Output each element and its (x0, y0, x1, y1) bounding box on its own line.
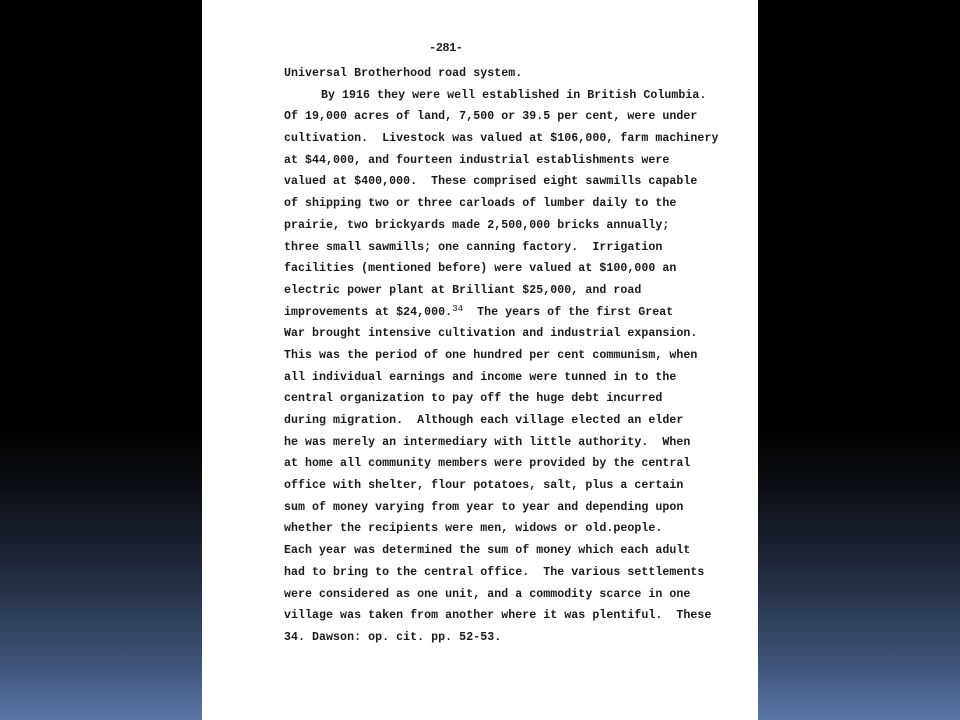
text-line: at home all community members were provi… (284, 453, 744, 475)
text-line: all individual earnings and income were … (284, 367, 744, 389)
text-segment: improvements at $24,000. (284, 306, 452, 319)
text-line: village was taken from another where it … (284, 605, 744, 627)
text-line: valued at $400,000. These comprised eigh… (284, 171, 744, 193)
text-line: he was merely an intermediary with littl… (284, 432, 744, 454)
text-line: facilities (mentioned before) were value… (284, 258, 744, 280)
text-line: By 1916 they were well established in Br… (284, 85, 744, 107)
text-segment: The years of the first Great (463, 306, 673, 319)
body-text: Universal Brotherhood road system. By 19… (284, 63, 744, 649)
text-line: sum of money varying from year to year a… (284, 497, 744, 519)
text-line: had to bring to the central office. The … (284, 562, 744, 584)
text-line: office with shelter, flour potatoes, sal… (284, 475, 744, 497)
text-line: of shipping two or three carloads of lum… (284, 193, 744, 215)
footnote-reference: 34 (452, 304, 463, 314)
footnote: 34. Dawson: op. cit. pp. 52-53. (284, 627, 744, 649)
text-line: electric power plant at Brilliant $25,00… (284, 280, 744, 302)
text-line: at $44,000, and fourteen industrial esta… (284, 150, 744, 172)
text-line: during migration. Although each village … (284, 410, 744, 432)
text-line: prairie, two brickyards made 2,500,000 b… (284, 215, 744, 237)
text-line: cultivation. Livestock was valued at $10… (284, 128, 744, 150)
page-number: -281- (429, 41, 463, 55)
text-line: Each year was determined the sum of mone… (284, 540, 744, 562)
text-line: were considered as one unit, and a commo… (284, 584, 744, 606)
text-line: whether the recipients were men, widows … (284, 518, 744, 540)
text-line: War brought intensive cultivation and in… (284, 323, 744, 345)
text-line: central organization to pay off the huge… (284, 388, 744, 410)
text-line: This was the period of one hundred per c… (284, 345, 744, 367)
document-page: -281- Universal Brotherhood road system.… (202, 0, 758, 720)
text-line-with-footnote: improvements at $24,000.34 The years of … (284, 302, 744, 324)
text-line: Of 19,000 acres of land, 7,500 or 39.5 p… (284, 106, 744, 128)
text-line: Universal Brotherhood road system. (284, 63, 744, 85)
text-line: three small sawmills; one canning factor… (284, 237, 744, 259)
